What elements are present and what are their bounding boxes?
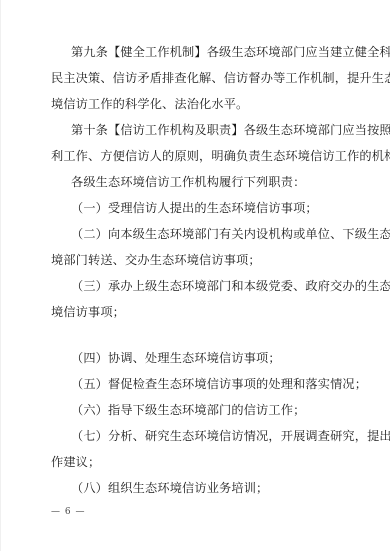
text-line-article-9-title: 第九条【健全工作机制】各级生态环境部门应当建立健全科学 [71, 45, 390, 59]
text-line: 民主决策、信访矛盾排查化解、信访督办等工作机制，提升生态环 [51, 71, 390, 85]
list-item-2-cont: 境部门转送、交办生态环境信访事项； [51, 253, 261, 267]
list-item-3-cont: 境信访事项； [51, 305, 125, 319]
list-item-4: （四）协调、处理生态环境信访事项； [71, 351, 281, 365]
list-item-3: （三）承办上级生态环境部门和本级党委、政府交办的生态环 [71, 279, 390, 293]
text-line: 境信访工作的科学化、法治化水平。 [51, 97, 248, 111]
list-item-1: （一）受理信访人提出的生态环境信访事项； [71, 201, 318, 215]
list-item-7-cont: 作建议； [51, 455, 100, 469]
text-line-duties-intro: 各级生态环境信访工作机构履行下列职责： [71, 175, 305, 189]
list-item-7: （七）分析、研究生态环境信访情况，开展调查研究，提出工 [71, 429, 390, 443]
list-item-6: （六）指导下级生态环境部门的信访工作； [71, 403, 305, 417]
document-page: 第九条【健全工作机制】各级生态环境部门应当建立健全科学 民主决策、信访矛盾排查化… [0, 0, 390, 551]
text-line-article-10-title: 第十条【信访工作机构及职责】各级生态环境部门应当按照有 [71, 123, 390, 137]
list-item-2: （二）向本级生态环境部门有关内设机构或单位、下级生态环 [71, 227, 390, 241]
page-number: — 6 — [51, 507, 85, 517]
text-line: 利工作、方便信访人的原则，明确负责生态环境信访工作的机构。 [51, 149, 390, 163]
list-item-8: （八）组织生态环境信访业务培训； [71, 481, 268, 495]
list-item-5: （五）督促检查生态环境信访事项的处理和落实情况； [71, 377, 367, 391]
